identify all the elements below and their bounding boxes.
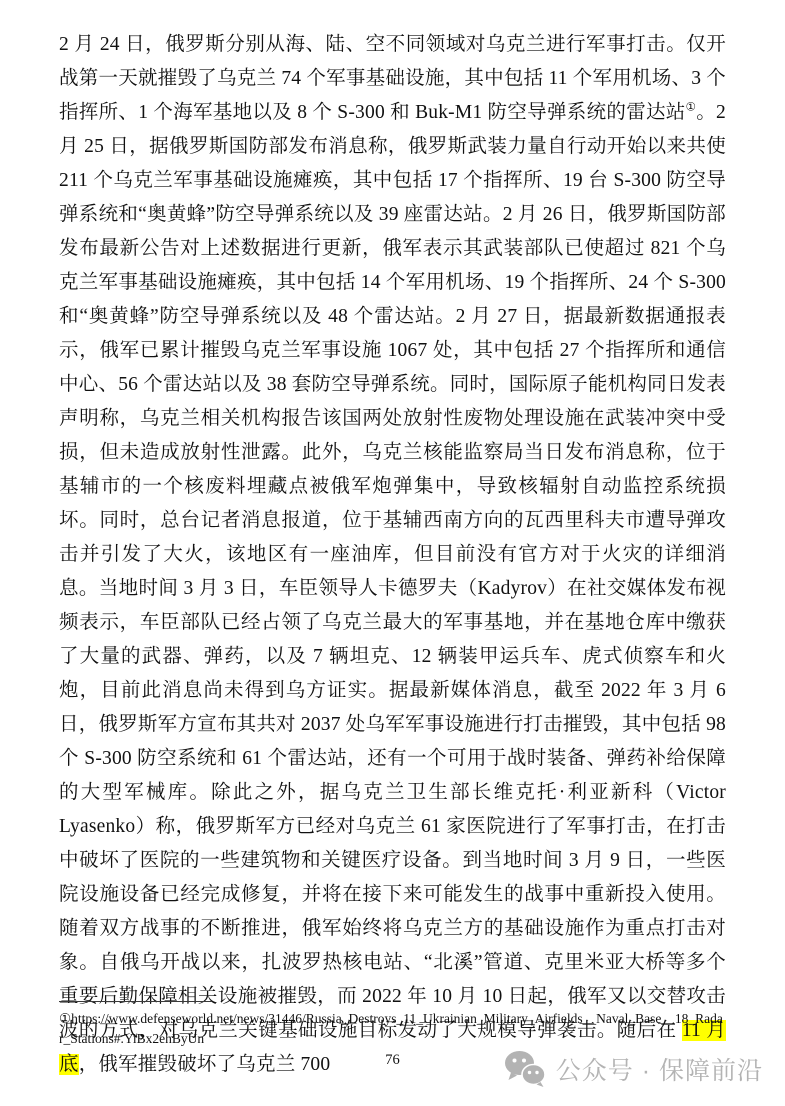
document-page: 2 月 24 日，俄罗斯分别从海、陆、空不同领域对乌克兰进行军事打击。仅开战第一… xyxy=(0,0,785,1106)
footnote-marker: ① xyxy=(59,1011,71,1026)
body-paragraph: 2 月 24 日，俄罗斯分别从海、陆、空不同领域对乌克兰进行军事打击。仅开战第一… xyxy=(59,28,726,1082)
footnote-separator-line xyxy=(59,1001,212,1002)
footnote-block: ①https://www.defenseworld.net/news/31446… xyxy=(59,1001,726,1049)
footnote-text: ①https://www.defenseworld.net/news/31446… xyxy=(59,1009,726,1049)
body-text-segment-1: 2 月 24 日，俄罗斯分别从海、陆、空不同领域对乌克兰进行军事打击。仅开战第一… xyxy=(59,34,726,123)
watermark-text: 公众号 · 保障前沿 xyxy=(556,1051,763,1087)
body-text-segment-2: 。2 月 25 日，据俄罗斯国防部发布消息称，俄罗斯武装力量自行动开始以来共使 … xyxy=(59,102,726,1041)
footnote-url: https://www.defenseworld.net/news/31446/… xyxy=(59,1011,723,1046)
wechat-icon xyxy=(504,1050,546,1087)
wechat-watermark: 公众号 · 保障前沿 xyxy=(504,1050,763,1087)
footnote-reference-superscript: ① xyxy=(686,102,697,114)
